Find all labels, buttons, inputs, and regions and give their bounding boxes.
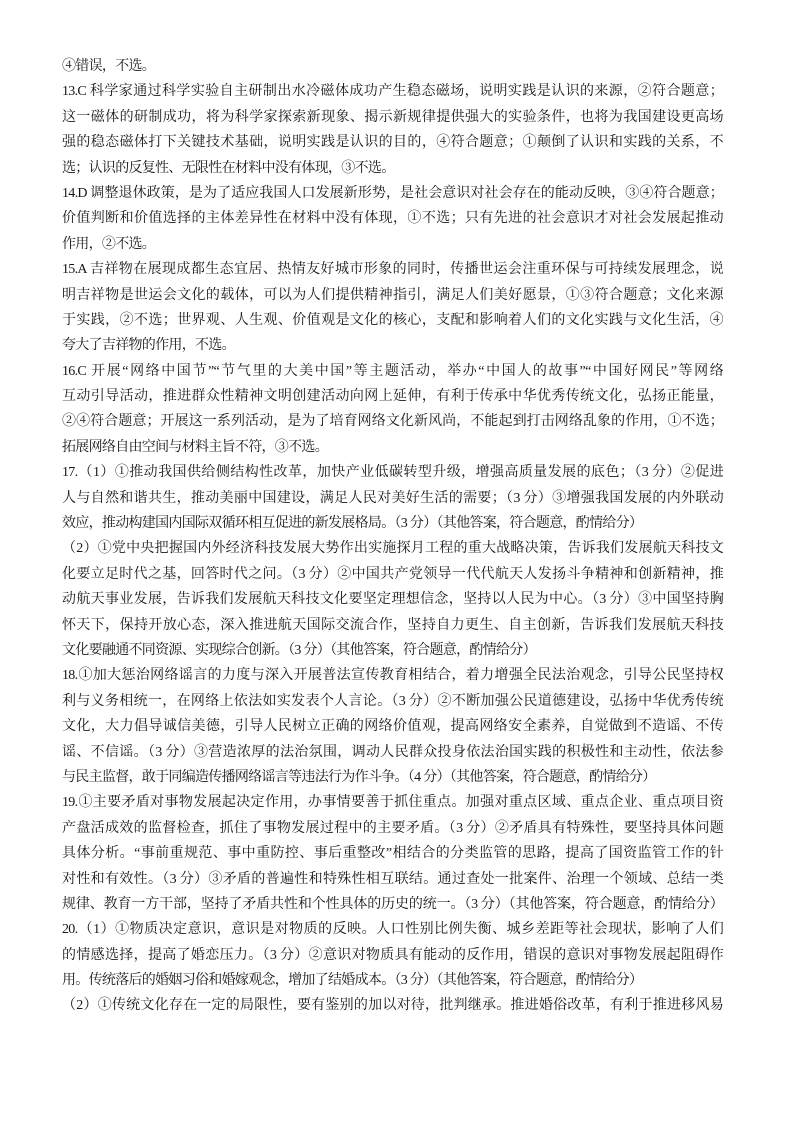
text-line: 明吉祥物是世运会文化的载体，可以为人们提供精神指引，满足人们美好愿景，①③符合题…: [62, 283, 723, 308]
text-line: 文化，大力倡导诚信美德，引导人民树立正确的网络价值观，提高网络安全素养，自觉做到…: [62, 714, 723, 739]
text-line: 与民主监督，敢于同编造传播网络谣言等违法行为作斗争。（4 分）（其他答案，符合题…: [62, 765, 723, 790]
text-line: 的情感选择，提高了婚恋压力。（3 分）②意识对物质具有能动的反作用，错误的意识对…: [62, 943, 723, 968]
text-line: 15.A 吉祥物在展现成都生态宜居、热情友好城市形象的同时，传播世运会注重环保与…: [62, 257, 723, 282]
text-line: 20.（1）①物质决定意识，意识是对物质的反映。人口性别比例失衡、城乡差距等社会…: [62, 917, 723, 942]
text-line: 用。传统落后的婚姻习俗和婚嫁观念，增加了结婚成本。（3 分）（其他答案，符合题意…: [62, 968, 723, 993]
text-line: 对性和有效性。（3 分）③矛盾的普遍性和特殊性相互联结。通过查处一批案件、治理一…: [62, 867, 723, 892]
text-line: 选；认识的反复性、无限性在材料中没有体现，③不选。: [62, 156, 723, 181]
text-line: 16.C 开展“网络中国节”“节气里的大美中国”等主题活动，举办“中国人的故事”…: [62, 359, 723, 384]
text-line: 效应，推动构建国内国际双循环相互促进的新发展格局。（3 分）（其他答案，符合题意…: [62, 511, 723, 536]
text-line: 互动引导活动，推进群众性精神文明创建活动向网上延伸，有利于传承中华优秀传统文化，…: [62, 384, 723, 409]
text-line: 价值判断和价值选择的主体差异性在材料中没有体现，①不选；只有先进的社会意识才对社…: [62, 206, 723, 231]
text-line: 夸大了吉祥物的作用，不选。: [62, 333, 723, 358]
text-line: 作用，②不选。: [62, 232, 723, 257]
text-line: （2）①传统文化存在一定的局限性，要有鉴别的加以对待，批判继承。推进婚俗改革，有…: [62, 993, 723, 1018]
text-line: 利与义务相统一，在网络上依法如实发表个人言论。（3 分）②不断加强公民道德建设，…: [62, 689, 723, 714]
answer-20-part1: 20.（1）①物质决定意识，意识是对物质的反映。人口性别比例失衡、城乡差距等社会…: [62, 917, 723, 993]
answer-12-continuation: ④错误，不选。: [62, 54, 723, 79]
text-line: 文化要融通不同资源、实现综合创新。（3 分）（其他答案，符合题意，酌情给分）: [62, 638, 723, 663]
text-line: 怀天下，保持开放心态，深入推进航天国际交流合作，坚持自力更生、自主创新，告诉我们…: [62, 613, 723, 638]
text-line: 人与自然和谐共生，推动美丽中国建设，满足人民对美好生活的需要；（3 分）③增强我…: [62, 486, 723, 511]
text-line: 于实践，②不选；世界观、人生观、价值观是文化的核心，支配和影响着人们的文化实践与…: [62, 308, 723, 333]
text-line: 谣、不信谣。（3 分）③营造浓厚的法治氛围，调动人民群众投身依法治国实践的积极性…: [62, 740, 723, 765]
text-line: 动航天事业发展，告诉我们发展航天科技文化要坚定理想信念，坚持以人民为中心。（3 …: [62, 587, 723, 612]
answer-15: 15.A 吉祥物在展现成都生态宜居、热情友好城市形象的同时，传播世运会注重环保与…: [62, 257, 723, 359]
text-line: 产盘活成效的监督检查，抓住了事物发展过程中的主要矛盾。（3 分）②矛盾具有特殊性…: [62, 816, 723, 841]
text-line: 强的稳态磁体打下关键技术基础，说明实践是认识的目的，④符合题意；①颠倒了认识和实…: [62, 130, 723, 155]
answer-17-part2: （2）①党中央把握国内外经济科技发展大势作出实施探月工程的重大战略决策，告诉我们…: [62, 536, 723, 663]
answer-17-part1: 17.（1）①推动我国供给侧结构性改革，加快产业低碳转型升级，增强高质量发展的底…: [62, 460, 723, 536]
text-line: 这一磁体的研制成功，将为科学家探索新现象、揭示新规律提供强大的实验条件，也将为我…: [62, 105, 723, 130]
text-column: ④错误，不选。 13.C 科学家通过科学实验自主研制出水冷磁体成功产生稳态磁场，…: [62, 54, 723, 1019]
text-line: ②④符合题意；开展这一系列活动，是为了培育网络文化新风尚，不能起到打击网络乱象的…: [62, 409, 723, 434]
answer-sheet-page: ④错误，不选。 13.C 科学家通过科学实验自主研制出水冷磁体成功产生稳态磁场，…: [0, 0, 800, 1131]
text-line: 13.C 科学家通过科学实验自主研制出水冷磁体成功产生稳态磁场，说明实践是认识的…: [62, 79, 723, 104]
text-line: 化要立足时代之基，回答时代之问。（3 分）②中国共产党领导一代代航天人发扬斗争精…: [62, 562, 723, 587]
text-line: 14.D 调整退休政策，是为了适应我国人口发展新形势，是社会意识对社会存在的能动…: [62, 181, 723, 206]
text-line: 18.①加大惩治网络谣言的力度与深入开展普法宣传教育相结合，着力增强全民法治观念…: [62, 663, 723, 688]
text-line: （2）①党中央把握国内外经济科技发展大势作出实施探月工程的重大战略决策，告诉我们…: [62, 536, 723, 561]
answer-20-part2: （2）①传统文化存在一定的局限性，要有鉴别的加以对待，批判继承。推进婚俗改革，有…: [62, 993, 723, 1018]
text-line: 具体分析。“事前重规范、事中重防控、事后重整改”相结合的分类监管的思路，提高了国…: [62, 841, 723, 866]
text-line: ④错误，不选。: [62, 54, 723, 79]
answer-16: 16.C 开展“网络中国节”“节气里的大美中国”等主题活动，举办“中国人的故事”…: [62, 359, 723, 461]
text-line: 拓展网络自由空间与材料主旨不符，③不选。: [62, 435, 723, 460]
answer-18: 18.①加大惩治网络谣言的力度与深入开展普法宣传教育相结合，着力增强全民法治观念…: [62, 663, 723, 790]
text-line: 19.①主要矛盾对事物发展起决定作用，办事情要善于抓住重点。加强对重点区域、重点…: [62, 790, 723, 815]
answer-19: 19.①主要矛盾对事物发展起决定作用，办事情要善于抓住重点。加强对重点区域、重点…: [62, 790, 723, 917]
answer-13: 13.C 科学家通过科学实验自主研制出水冷磁体成功产生稳态磁场，说明实践是认识的…: [62, 79, 723, 181]
text-line: 规律、教育一方干部，坚持了矛盾共性和个性具体的历史的统一。（3 分）（其他答案，…: [62, 892, 723, 917]
answer-14: 14.D 调整退休政策，是为了适应我国人口发展新形势，是社会意识对社会存在的能动…: [62, 181, 723, 257]
text-line: 17.（1）①推动我国供给侧结构性改革，加快产业低碳转型升级，增强高质量发展的底…: [62, 460, 723, 485]
